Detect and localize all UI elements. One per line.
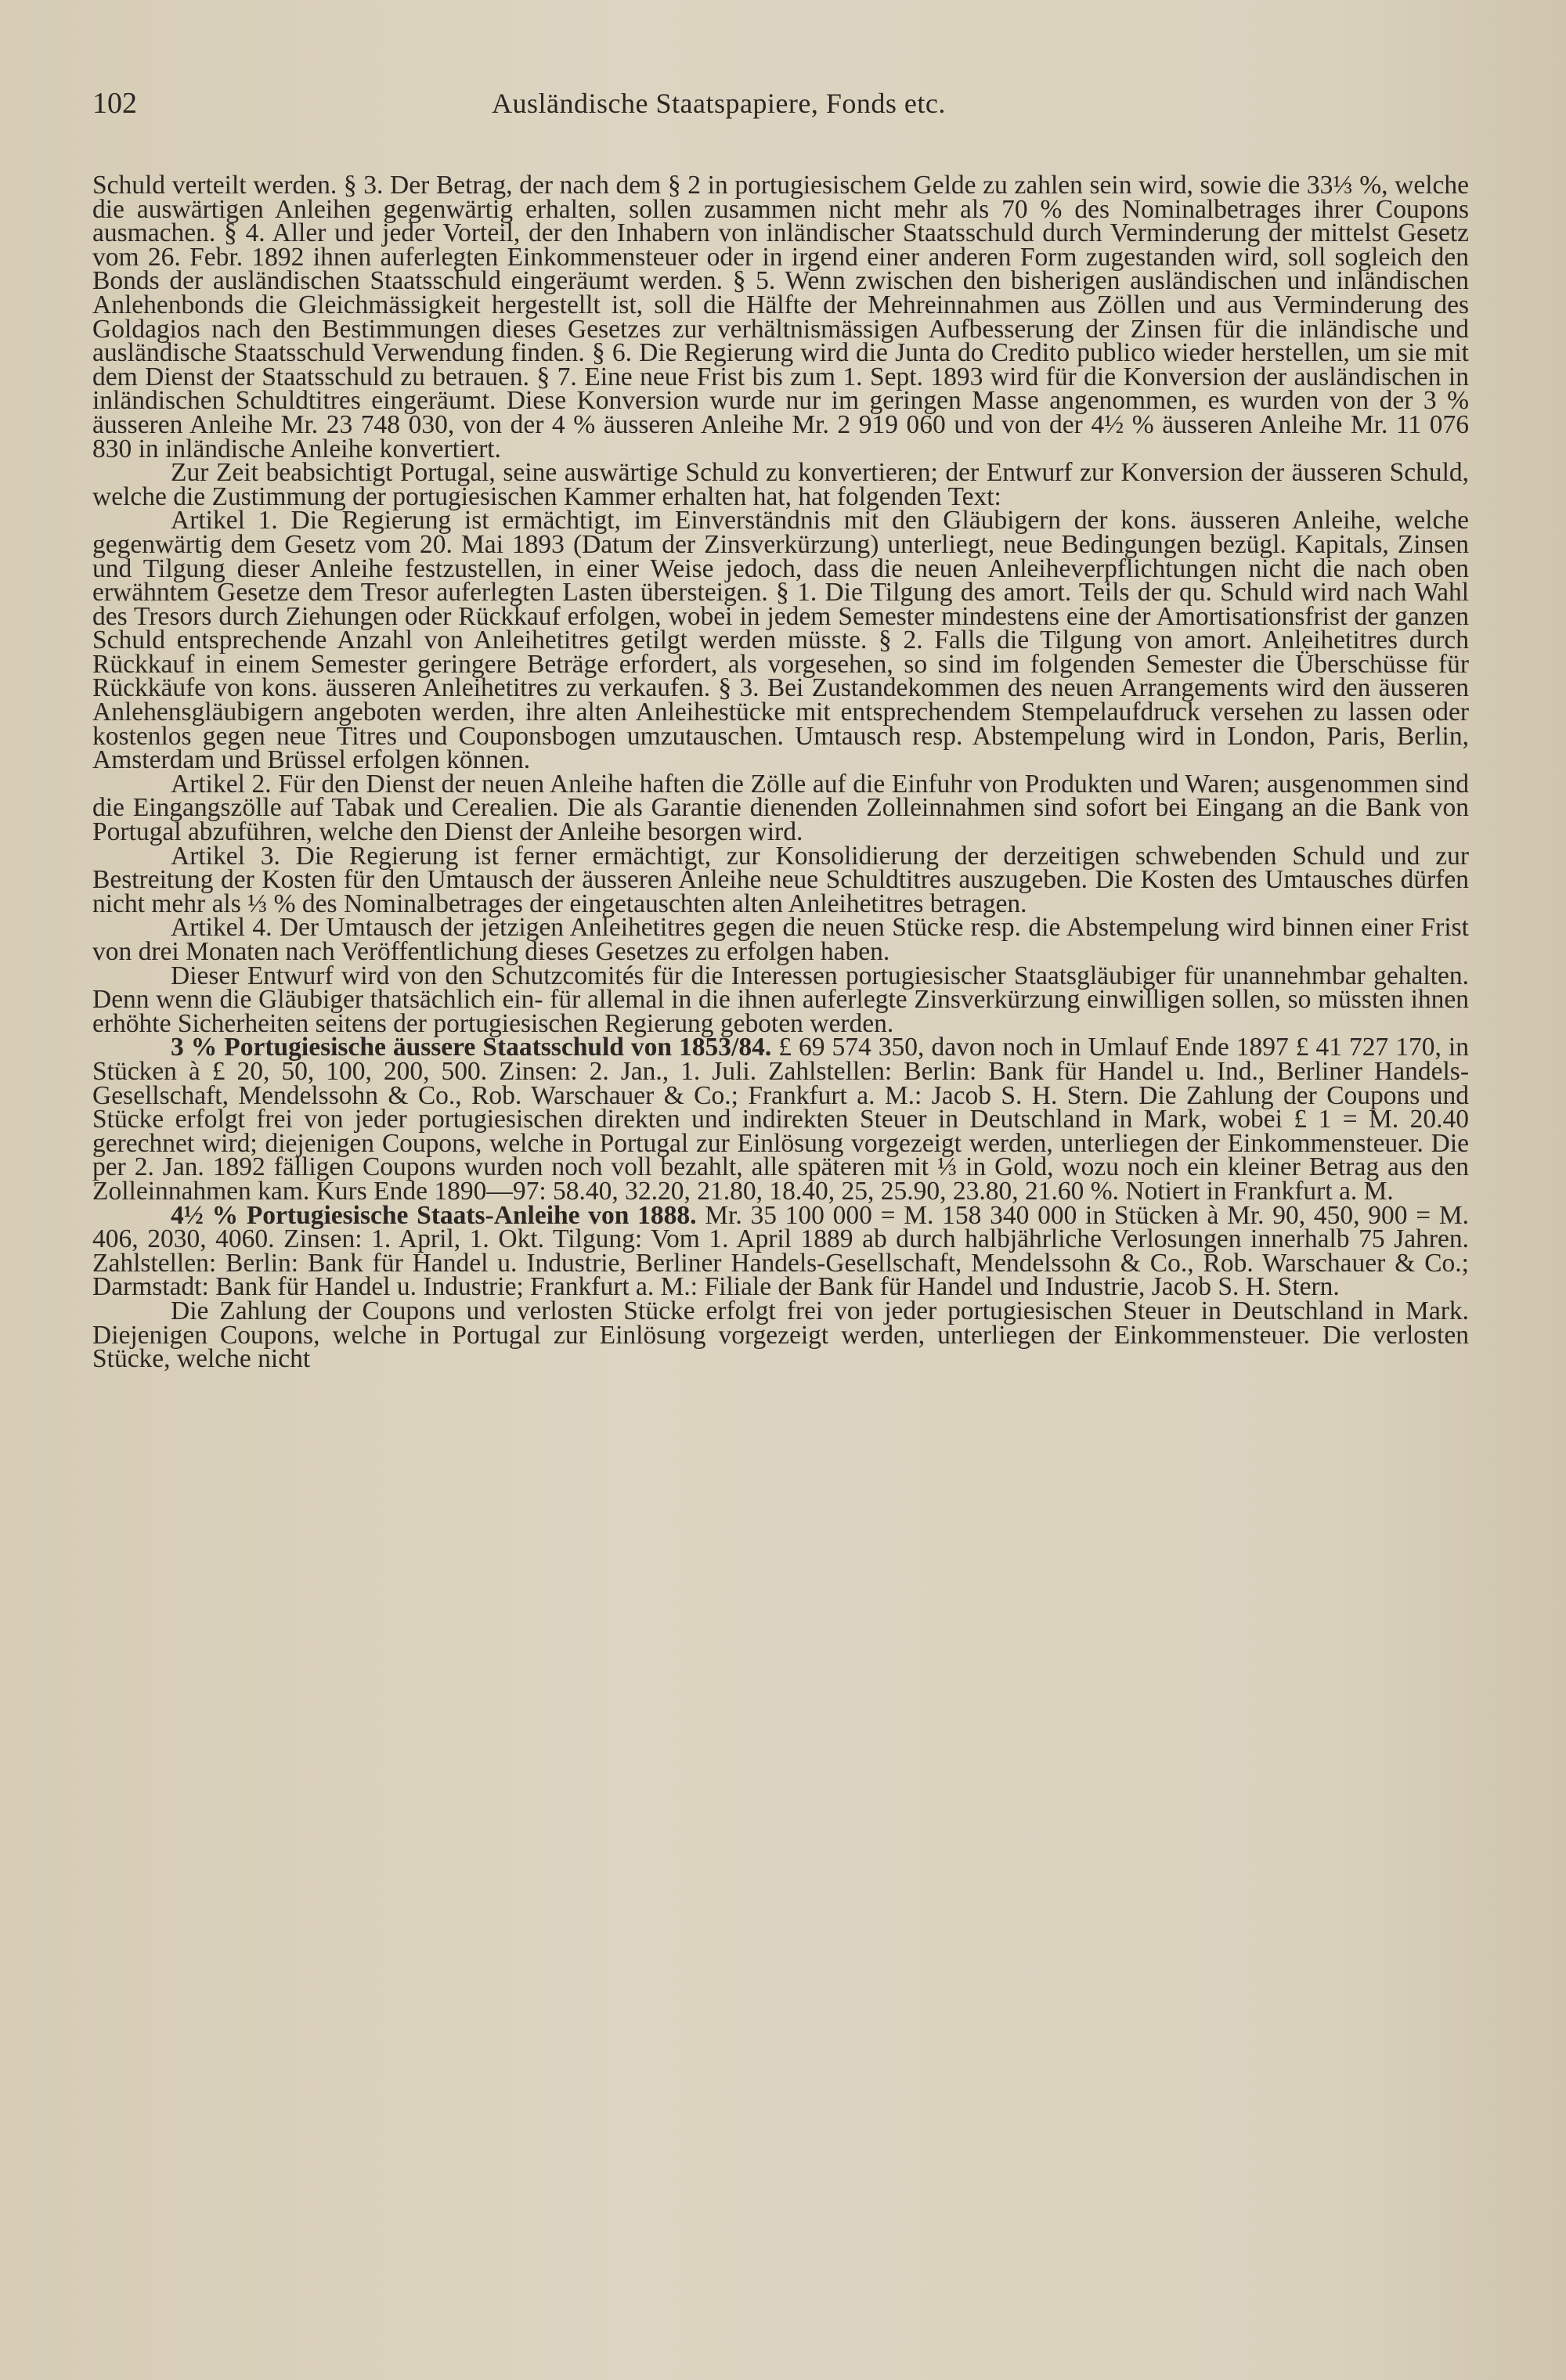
loan-body-3pct: £ 69 574 350, davon noch in Umlauf Ende … xyxy=(92,1033,1469,1206)
paragraph-3pct-loan: 3 % Portugiesische äussere Staatsschuld … xyxy=(92,1036,1469,1203)
paragraph-1: Schuld verteilt werden. § 3. Der Betrag,… xyxy=(92,174,1469,461)
page-number: 102 xyxy=(92,86,492,121)
paragraph-4half-pct-loan: 4½ % Portugiesische Staats-Anleihe von 1… xyxy=(92,1204,1469,1300)
paragraph-artikel-4: Artikel 4. Der Umtausch der jetzigen Anl… xyxy=(92,916,1469,964)
paragraph-artikel-1: Artikel 1. Die Regierung ist ermächtigt,… xyxy=(92,509,1469,773)
paragraph-artikel-3: Artikel 3. Die Regierung ist ferner ermä… xyxy=(92,845,1469,917)
paragraph-entwurf: Dieser Entwurf wird von den Schutzcomité… xyxy=(92,965,1469,1037)
running-title: Ausländische Staatspapiere, Fonds etc. xyxy=(492,87,946,120)
paragraph-zahlung: Die Zahlung der Coupons und verlosten St… xyxy=(92,1300,1469,1372)
paragraph-artikel-2: Artikel 2. Für den Dienst der neuen Anle… xyxy=(92,773,1469,845)
paragraph-2: Zur Zeit beabsichtigt Portugal, seine au… xyxy=(92,461,1469,509)
book-page: 102 Ausländische Staatspapiere, Fonds et… xyxy=(92,86,1469,1372)
page-header: 102 Ausländische Staatspapiere, Fonds et… xyxy=(92,86,1469,133)
body-text: Schuld verteilt werden. § 3. Der Betrag,… xyxy=(92,174,1469,1372)
